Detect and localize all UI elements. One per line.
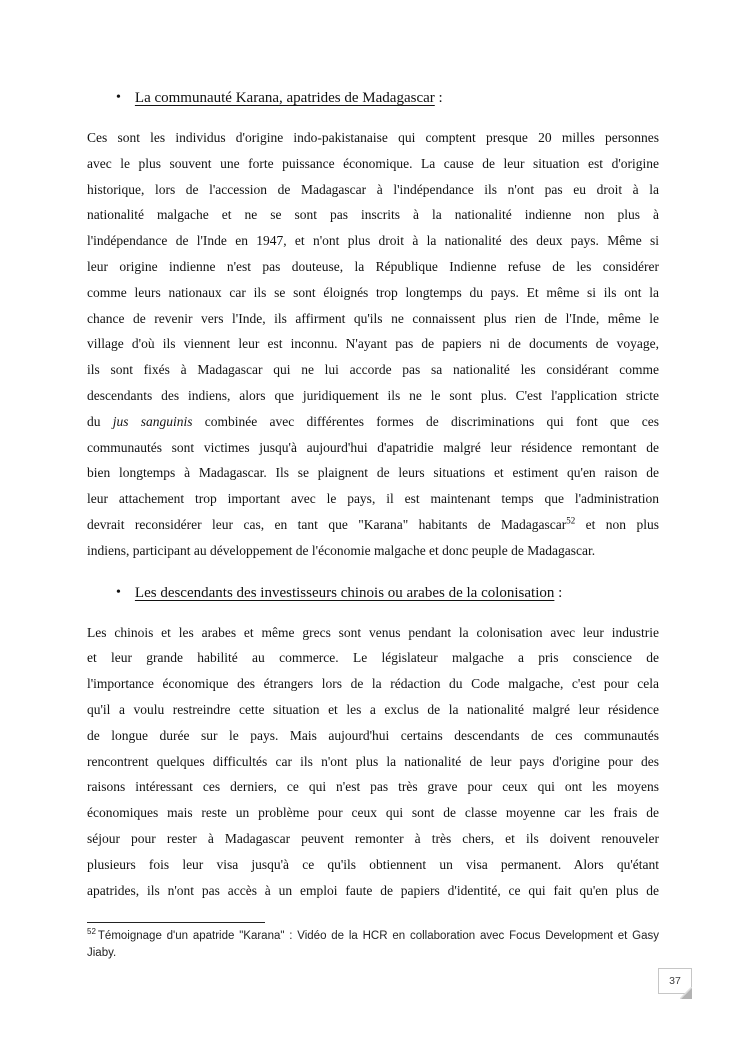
page-number: 37 <box>669 975 681 987</box>
paragraph-line: l'importance économique des étrangers lo… <box>87 671 659 697</box>
paragraph-line-jus-sanguinis: du jus sanguinis combinée avec différent… <box>87 409 659 435</box>
paragraph-karana: Ces sont les individus d'origine indo-pa… <box>87 125 659 564</box>
paragraph-line: et leur grande habilité au commerce. Le … <box>87 645 659 671</box>
page-number-badge: 37 <box>658 968 692 994</box>
paragraph-line: communautés sont victimes jusqu'à aujour… <box>87 435 659 461</box>
footnote-52: 52Témoignage d'un apatride "Karana" : Vi… <box>87 928 659 961</box>
paragraph-line: plusieurs fois leur visa jusqu'à ce qu'i… <box>87 852 659 878</box>
page-content: • La communauté Karana, apatrides de Mad… <box>87 0 659 961</box>
paragraph-line: rencontrent quelques difficultés car ils… <box>87 749 659 775</box>
latin-term-italic: jus sanguinis <box>113 414 193 429</box>
paragraph-line: séjour pour rester à Madagascar peuvent … <box>87 826 659 852</box>
paragraph-line-footnote-ref: devrait reconsidérer leur cas, en tant q… <box>87 512 659 538</box>
document-page: • La communauté Karana, apatrides de Mad… <box>0 0 745 1053</box>
paragraph-line: bien longtemps à Madagascar. Ils se plai… <box>87 460 659 486</box>
paragraph-line: qu'il a voulu restreindre cette situatio… <box>87 697 659 723</box>
paragraph-line: l'indépendance de l'Inde en 1947, et n'o… <box>87 228 659 254</box>
paragraph-line: leur attachement trop important avec le … <box>87 486 659 512</box>
page-curl-icon <box>680 987 692 999</box>
footnote-reference-52: 52 <box>566 515 575 525</box>
paragraph-line: Ces sont les individus d'origine indo-pa… <box>87 125 659 151</box>
paragraph-line: apatrides, ils n'ont pas accès à un empl… <box>87 878 659 904</box>
paragraph-line: descendants des indiens, alors que jurid… <box>87 383 659 409</box>
footnote-separator <box>87 922 265 923</box>
footnote-marker: 52 <box>87 927 96 936</box>
paragraph-line: avec le plus souvent une forte puissance… <box>87 151 659 177</box>
paragraph-line: de longue durée sur le pays. Mais aujour… <box>87 723 659 749</box>
bullet-icon: • <box>116 87 121 109</box>
paragraph-line: comme leurs nationaux car ils se sont él… <box>87 280 659 306</box>
paragraph-line: nationalité malgache et ne se sont pas i… <box>87 202 659 228</box>
section-heading-descendants: • Les descendants des investisseurs chin… <box>87 582 659 605</box>
paragraph-line: historique, lors de l'accession de Madag… <box>87 177 659 203</box>
paragraph-line: ils sont fixés à Madagascar qui ne lui a… <box>87 357 659 383</box>
paragraph-line: raisons intéressant ces derniers, ce qui… <box>87 774 659 800</box>
bullet-icon: • <box>116 582 121 604</box>
paragraph-line: leur origine indienne n'est pas douteuse… <box>87 254 659 280</box>
paragraph-line: indiens, participant au développement de… <box>87 538 659 564</box>
paragraph-descendants: Les chinois et les arabes et même grecs … <box>87 620 659 904</box>
section-heading-descendants-text: Les descendants des investisseurs chinoi… <box>135 582 562 604</box>
paragraph-line: économiques mais reste un problème pour … <box>87 800 659 826</box>
paragraph-line: village d'où ils viennent leur est incon… <box>87 331 659 357</box>
section-heading-karana: • La communauté Karana, apatrides de Mad… <box>87 87 659 110</box>
paragraph-line: Les chinois et les arabes et même grecs … <box>87 620 659 646</box>
paragraph-line: chance de revenir vers l'Inde, ils affir… <box>87 306 659 332</box>
section-heading-karana-text: La communauté Karana, apatrides de Madag… <box>135 87 443 109</box>
